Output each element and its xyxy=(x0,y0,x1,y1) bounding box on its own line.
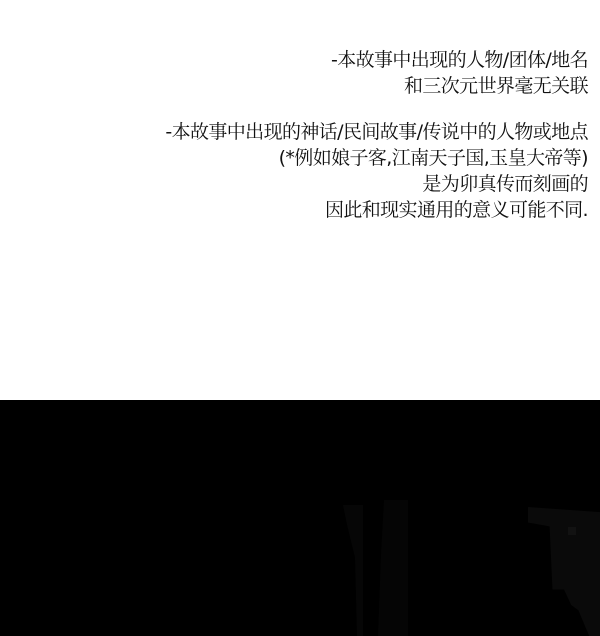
paragraph-gap xyxy=(165,99,588,119)
disclaimer-line: 是为卯真传而刻画的 xyxy=(165,171,588,197)
disclaimer-text: -本故事中出现的人物/团体/地名 和三次元世界毫无关联 -本故事中出现的神话/民… xyxy=(165,47,588,223)
faint-silhouette-detail xyxy=(568,527,576,535)
disclaimer-line: 因此和现实通用的意义可能不同. xyxy=(165,197,588,223)
disclaimer-panel: -本故事中出现的人物/团体/地名 和三次元世界毫无关联 -本故事中出现的神话/民… xyxy=(0,0,600,400)
faint-silhouette-left xyxy=(343,505,363,636)
disclaimer-line: -本故事中出现的人物/团体/地名 xyxy=(165,47,588,73)
faint-silhouette-right xyxy=(528,507,600,636)
faint-silhouette-left-2 xyxy=(378,500,408,636)
disclaimer-line: (*例如娘子客,江南天子国,玉皇大帝等) xyxy=(165,145,588,171)
comic-page: -本故事中出现的人物/团体/地名 和三次元世界毫无关联 -本故事中出现的神话/民… xyxy=(0,0,600,636)
disclaimer-line: 和三次元世界毫无关联 xyxy=(165,73,588,99)
disclaimer-line: -本故事中出现的神话/民间故事/传说中的人物或地点 xyxy=(165,119,588,145)
dark-comic-panel xyxy=(0,400,600,636)
